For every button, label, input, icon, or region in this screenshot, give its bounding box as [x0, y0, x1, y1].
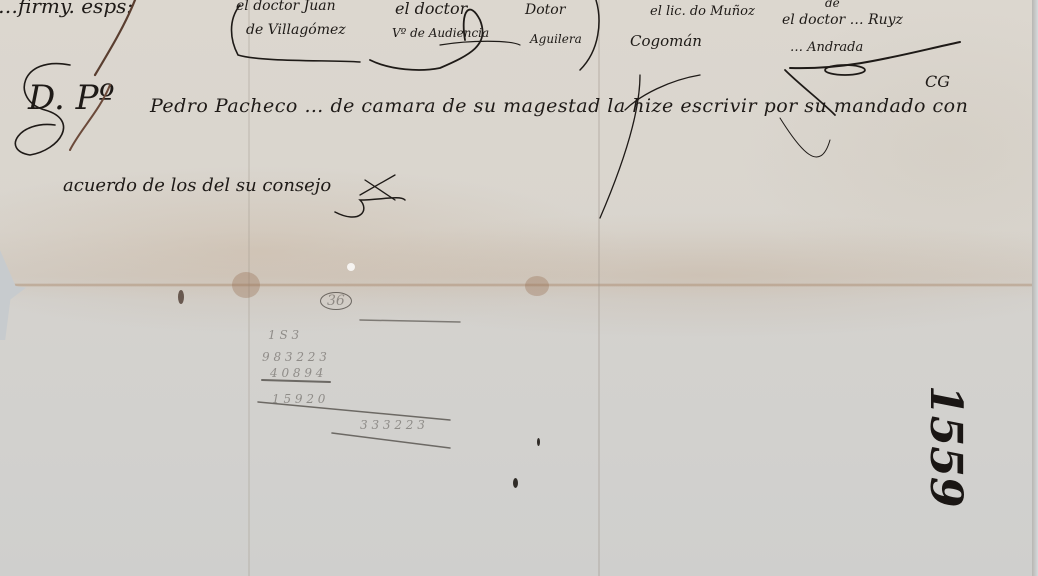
ink-blot	[347, 263, 355, 271]
signature-2-line-1: el doctor	[395, 0, 467, 18]
signature-6-line-2: … Andrada	[790, 40, 863, 55]
signature-1-line-2: de Villagómez	[246, 22, 346, 38]
faint-figure: 1 5 9 2 0	[272, 392, 325, 406]
background-edge	[1032, 0, 1038, 576]
signature-5-line-2: el doctor … Ruyz	[782, 12, 903, 28]
ink-blot	[537, 438, 540, 446]
faint-figure: 1 S 3	[268, 328, 299, 342]
margin-mark: CG	[925, 72, 950, 91]
ink-blot	[513, 478, 518, 488]
horizontal-fold-line	[0, 283, 1032, 287]
faint-figure: 9 8 3 2 2 3	[262, 350, 327, 364]
second-line-text: acuerdo de los del su consejo	[63, 175, 331, 196]
ink-blot	[178, 290, 184, 304]
circled-number: 36	[320, 292, 352, 310]
stain	[525, 276, 549, 296]
signature-2-line-2: Vº de Audiencia	[392, 26, 489, 40]
signature-1-line-1: el doctor Juan	[236, 0, 336, 14]
signature-3-line-1: Dotor	[525, 2, 565, 18]
document-paper	[0, 0, 1032, 576]
signature-5-line-1: de	[825, 0, 840, 10]
stain	[232, 272, 260, 298]
signature-4-line-1: el lic. do Muñoz	[650, 4, 755, 19]
main-line-text: Pedro Pacheco … de camara de su magestad…	[150, 95, 968, 117]
faint-figure: 3 3 3 2 2 3	[360, 418, 425, 432]
margin-year-number: 1559	[875, 385, 1015, 465]
faint-figure: 4 0 8 9 4	[270, 366, 323, 380]
vertical-fold-line	[598, 0, 600, 576]
top-line-fragment: …firmy. esps:	[0, 0, 133, 18]
main-line-initial: D. Pº	[28, 78, 115, 118]
signature-4-line-2: Cogomán	[630, 32, 702, 50]
signature-3-line-2: Aguilera	[530, 32, 582, 46]
